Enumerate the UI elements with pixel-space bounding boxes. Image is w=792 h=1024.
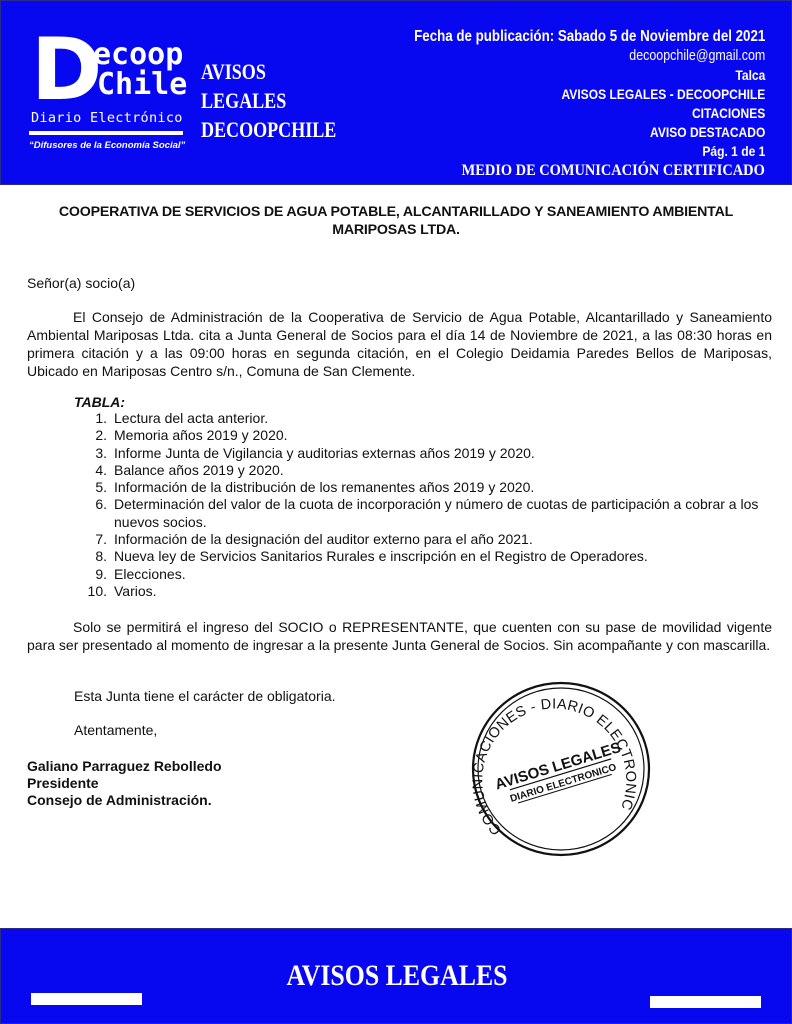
- agenda-item-number: 5.: [74, 479, 114, 496]
- agenda-item-text: Memoria años 2019 y 2020.: [114, 427, 774, 444]
- salutation: Señor(a) socio(a): [27, 274, 772, 292]
- section-name: AVISOS LEGALES - DECOOPCHILE: [414, 85, 765, 104]
- footer-banner: AVISOS LEGALES: [0, 928, 792, 1024]
- section-title-line: AVISOS: [201, 57, 336, 86]
- agenda-item-text: Información de la distribución de los re…: [114, 479, 774, 496]
- agenda-item: 2.Memoria años 2019 y 2020.: [74, 427, 774, 444]
- agenda-item-number: 6.: [74, 496, 114, 531]
- agenda-item: 9.Elecciones.: [74, 566, 774, 583]
- agenda-item-number: 9.: [74, 566, 114, 583]
- agenda-item-number: 8.: [74, 548, 114, 565]
- agenda-item-text: Varios.: [114, 583, 774, 600]
- footer-title: AVISOS LEGALES: [56, 959, 737, 993]
- agenda-item: 4.Balance años 2019 y 2020.: [74, 462, 774, 479]
- logo-line-2: Chile: [97, 70, 187, 100]
- logo-tagline: “Difusores de la Economía Social”: [29, 140, 189, 151]
- agenda-item: 5.Información de la distribución de los …: [74, 479, 774, 496]
- publication-meta: Fecha de publicación: Sabado 5 de Noviem…: [357, 27, 765, 161]
- agenda-item-text: Información de la designación del audito…: [114, 531, 774, 548]
- logo-divider: [29, 131, 183, 135]
- logo-line-1: ecoop: [93, 40, 183, 70]
- agenda-heading: TABLA:: [74, 394, 125, 410]
- footer-decorative-bar-right: [650, 996, 761, 1008]
- agenda-item: 3.Informe Junta de Vigilancia y auditori…: [74, 445, 774, 462]
- agenda-item-number: 10.: [74, 583, 114, 600]
- agenda-item: 1.Lectura del acta anterior.: [74, 410, 774, 427]
- agenda-list: 1.Lectura del acta anterior.2.Memoria añ…: [74, 410, 774, 600]
- section-title-line: LEGALES: [201, 86, 336, 115]
- section-title-line: DECOOPCHILE: [201, 115, 336, 144]
- page-number: Pág. 1 de 1: [414, 142, 765, 161]
- logo-subtitle: Diario Electrónico: [31, 110, 183, 126]
- document-title: COOPERATIVA DE SERVICIOS DE AGUA POTABLE…: [40, 203, 752, 239]
- agenda-item-text: Determinación del valor de la cuota de i…: [114, 496, 774, 531]
- agenda-item: 8.Nueva ley de Servicios Sanitarios Rura…: [74, 548, 774, 565]
- paragraph-access-rules: Solo se permitirá el ingreso del SOCIO o…: [27, 618, 772, 654]
- agenda-item-number: 7.: [74, 531, 114, 548]
- agenda-item-text: Balance años 2019 y 2020.: [114, 462, 774, 479]
- logo-initial: D: [31, 27, 100, 113]
- footer-decorative-bar-left: [31, 993, 142, 1005]
- notice-type: AVISO DESTACADO: [414, 123, 765, 142]
- city: Talca: [414, 66, 765, 85]
- official-seal-icon: COMUNICACIONES - DIARIO ELECTRONICO AVIS…: [470, 680, 652, 858]
- certified-label: MEDIO DE COMUNICACIÓN CERTIFICADO: [462, 162, 765, 180]
- header-banner: D ecoop Chile Diario Electrónico “Difuso…: [0, 0, 792, 185]
- agenda-item: 7.Información de la designación del audi…: [74, 531, 774, 548]
- agenda-item-text: Informe Junta de Vigilancia y auditorias…: [114, 445, 774, 462]
- publication-date: Fecha de publicación: Sabado 5 de Noviem…: [414, 27, 765, 47]
- category: CITACIONES: [414, 104, 765, 123]
- closing: Atentamente,: [74, 721, 157, 739]
- signature-block: Galiano Parraguez Rebolledo Presidente C…: [27, 758, 222, 809]
- agenda-item: 10.Varios.: [74, 583, 774, 600]
- agenda-item: 6.Determinación del valor de la cuota de…: [74, 496, 774, 531]
- agenda-item-text: Elecciones.: [114, 566, 774, 583]
- agenda-item-number: 3.: [74, 445, 114, 462]
- signatory-role: Presidente: [27, 775, 222, 792]
- agenda-item-number: 1.: [74, 410, 114, 427]
- paragraph-obligatory: Esta Junta tiene el carácter de obligato…: [74, 687, 336, 705]
- paragraph-convocation: El Consejo de Administración de la Coope…: [27, 308, 772, 380]
- agenda-item-text: Nueva ley de Servicios Sanitarios Rurale…: [114, 548, 774, 565]
- agenda-item-text: Lectura del acta anterior.: [114, 410, 774, 427]
- agenda-item-number: 2.: [74, 427, 114, 444]
- signatory-name: Galiano Parraguez Rebolledo: [27, 758, 222, 775]
- signatory-body: Consejo de Administración.: [27, 792, 222, 809]
- section-title: AVISOS LEGALES DECOOPCHILE: [201, 57, 336, 144]
- contact-email[interactable]: decoopchile@gmail.com: [414, 47, 765, 66]
- decoopchile-logo: D ecoop Chile Diario Electrónico “Difuso…: [29, 35, 189, 155]
- agenda-item-number: 4.: [74, 462, 114, 479]
